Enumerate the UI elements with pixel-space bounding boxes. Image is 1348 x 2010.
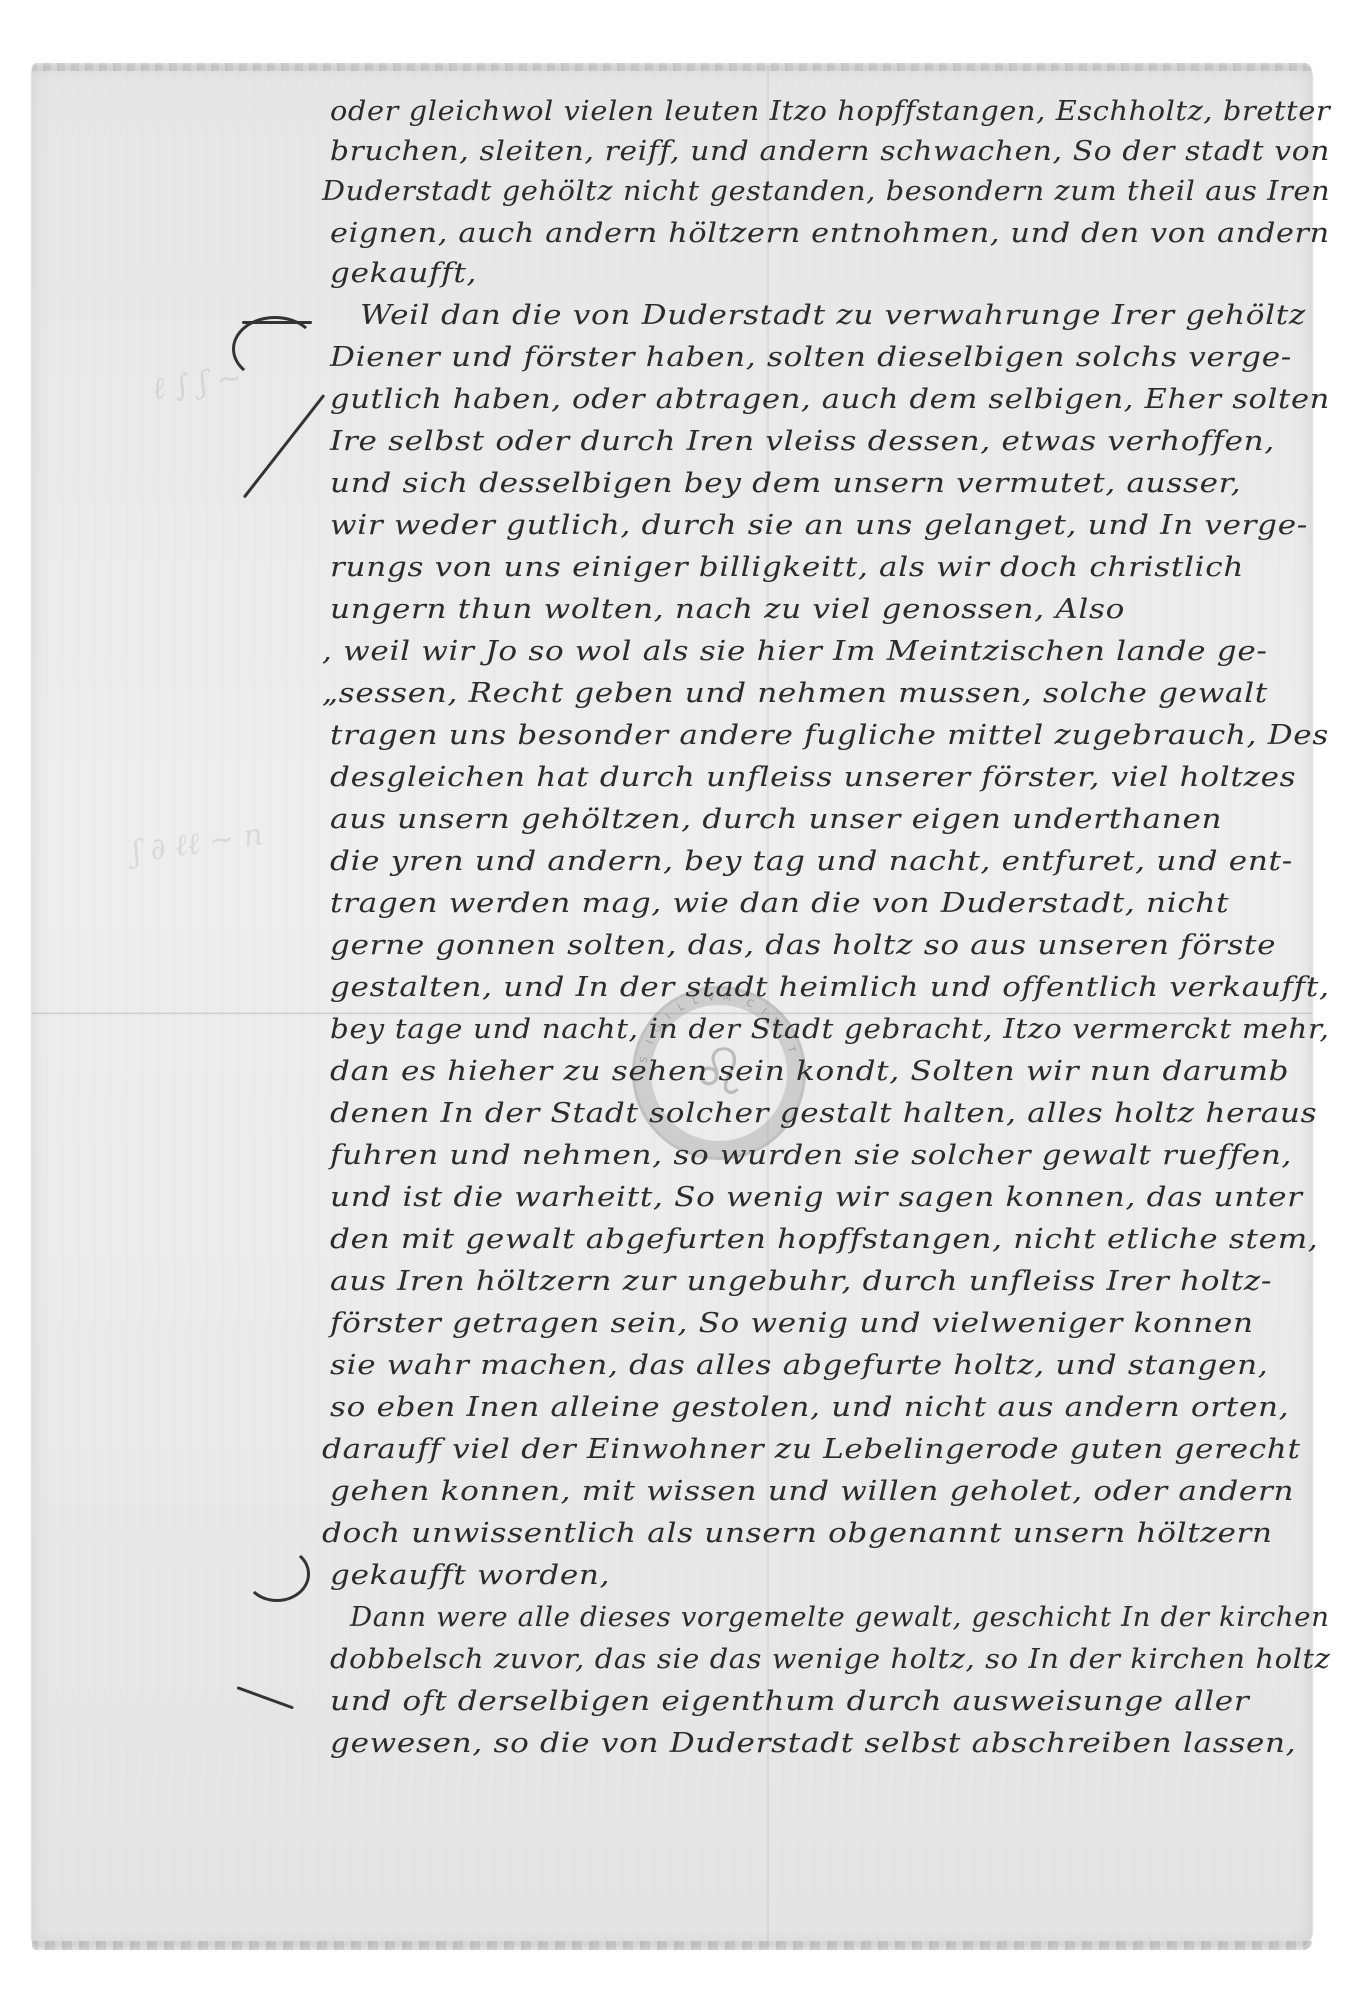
manuscript-line: aus Iren höltzern zur ungebuhr, durch un…	[330, 1266, 1272, 1297]
manuscript-line: oder gleichwol vielen leuten Itzo hopffs…	[330, 96, 1330, 127]
manuscript-line: dobbelsch zuvor, das sie das wenige holt…	[330, 1644, 1331, 1675]
manuscript-line: und sich desselbigen bey dem unsern verm…	[330, 468, 1241, 499]
manuscript-line: fuhren und nehmen, so wurden sie solcher…	[330, 1140, 1292, 1171]
manuscript-line: gestalten, und In der stadt heimlich und…	[330, 972, 1330, 1003]
manuscript-line: desgleichen hat durch unfleiss unserer f…	[330, 762, 1296, 793]
manuscript-line: die yren und andern, bey tag und nacht, …	[330, 846, 1293, 877]
manuscript-line: Duderstadt gehöltz nicht gestanden, beso…	[322, 176, 1330, 207]
manuscript-line: gerne gonnen solten, das, das holtz so a…	[330, 930, 1276, 961]
margin-flourish-icon	[232, 316, 318, 382]
manuscript-line: tragen werden mag, wie dan die von Duder…	[330, 888, 1229, 919]
manuscript-line: förster getragen sein, So wenig und viel…	[330, 1308, 1254, 1339]
manuscript-line: gekaufft,	[330, 258, 477, 289]
paper-top-edge	[32, 63, 1312, 71]
paper-bottom-edge	[32, 1941, 1312, 1950]
manuscript-line: , weil wir Jo so wol als sie hier Im Mei…	[322, 636, 1268, 667]
manuscript-page: ℓ ∫ ʃ ~ ʃ ∂ ℓℓ ~ n S I G I L L V M C I V…	[32, 66, 1312, 1946]
bleed-through-marks: ʃ ∂ ℓℓ ~ n	[130, 817, 265, 870]
manuscript-line: wir weder gutlich, durch sie an uns gela…	[330, 510, 1308, 541]
manuscript-line: „sessen, Recht geben und nehmen mussen, …	[322, 678, 1268, 709]
margin-flourish-icon	[244, 1546, 310, 1602]
margin-underline-icon	[242, 321, 312, 324]
manuscript-line: tragen uns besonder andere fugliche mitt…	[330, 720, 1329, 751]
manuscript-line: Diener und förster haben, solten dieselb…	[330, 342, 1292, 373]
manuscript-line: gekaufft worden,	[330, 1560, 610, 1591]
manuscript-line: gehen konnen, mit wissen und willen geho…	[330, 1476, 1294, 1507]
manuscript-line: den mit gewalt abgefurten hopffstangen, …	[330, 1224, 1318, 1255]
margin-stroke-icon	[243, 394, 325, 498]
bleed-through-marks: ℓ ∫ ʃ ~	[150, 360, 244, 407]
manuscript-line: Ire selbst oder durch Iren vleiss dessen…	[330, 426, 1275, 457]
manuscript-line: Dann were alle dieses vorgemelte gewalt,…	[350, 1602, 1330, 1633]
manuscript-line: bruchen, sleiten, reiff, und andern schw…	[330, 136, 1330, 167]
manuscript-line: rungs von uns einiger billigkeitt, als w…	[330, 552, 1244, 583]
manuscript-line: aus unsern gehöltzen, durch unser eigen …	[330, 804, 1222, 835]
manuscript-line: dan es hieher zu sehen sein kondt, Solte…	[330, 1056, 1289, 1087]
manuscript-line: Weil dan die von Duderstadt zu verwahrun…	[360, 300, 1306, 331]
manuscript-line: bey tage und nacht, in der Stadt gebrach…	[330, 1014, 1330, 1045]
manuscript-line: und oft derselbigen eigenthum durch ausw…	[330, 1686, 1249, 1717]
manuscript-line: denen In der Stadt solcher gestalt halte…	[330, 1098, 1317, 1129]
manuscript-line: darauff viel der Einwohner zu Lebelinger…	[322, 1434, 1301, 1465]
manuscript-line: doch unwissentlich als unsern obgenannt …	[322, 1518, 1273, 1549]
manuscript-line: eignen, auch andern höltzern entnohmen, …	[330, 218, 1330, 249]
manuscript-line: und ist die warheitt, So wenig wir sagen…	[330, 1182, 1303, 1213]
manuscript-line: ungern thun wolten, nach zu viel genosse…	[330, 594, 1125, 625]
manuscript-line: gutlich haben, oder abtragen, auch dem s…	[330, 384, 1330, 415]
manuscript-line: gewesen, so die von Duderstadt selbst ab…	[330, 1728, 1296, 1759]
manuscript-line: sie wahr machen, das alles abgefurte hol…	[330, 1350, 1268, 1381]
manuscript-line: so eben Inen alleine gestolen, und nicht…	[330, 1392, 1289, 1423]
margin-stroke-icon	[236, 1686, 293, 1709]
